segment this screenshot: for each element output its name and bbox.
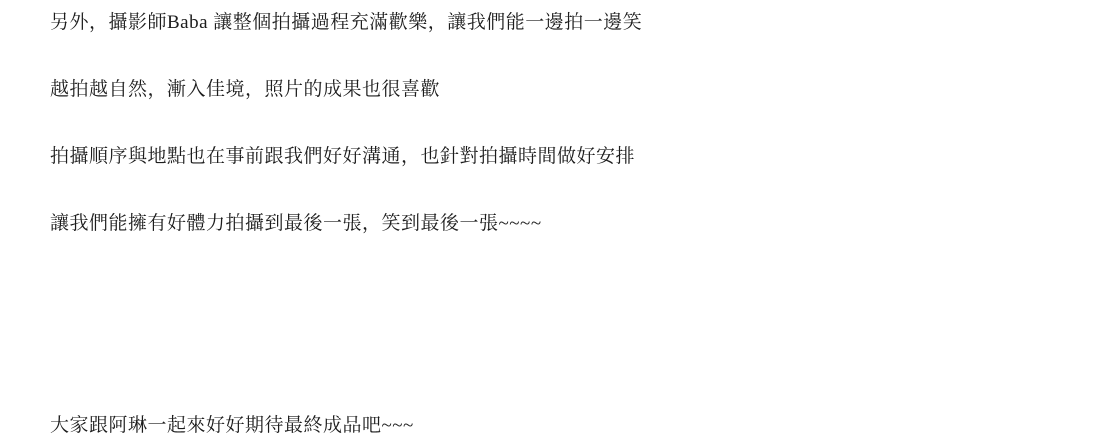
document-body: 另外，攝影師Baba 讓整個拍攝過程充滿歡樂，讓我們能一邊拍一邊笑 越拍越自然，… [0, 0, 1104, 437]
paragraph: 越拍越自然，漸入佳境，照片的成果也很喜歡 [50, 79, 1064, 101]
paragraph: 拍攝順序與地點也在事前跟我們好好溝通，也針對拍攝時間做好安排 [50, 146, 1064, 168]
paragraph: 讓我們能擁有好體力拍攝到最後一張，笑到最後一張~~~~ [50, 213, 1064, 235]
paragraph: 另外，攝影師Baba 讓整個拍攝過程充滿歡樂，讓我們能一邊拍一邊笑 [50, 12, 1064, 34]
paragraph: 大家跟阿琳一起來好好期待最終成品吧~~~ [50, 415, 1064, 437]
